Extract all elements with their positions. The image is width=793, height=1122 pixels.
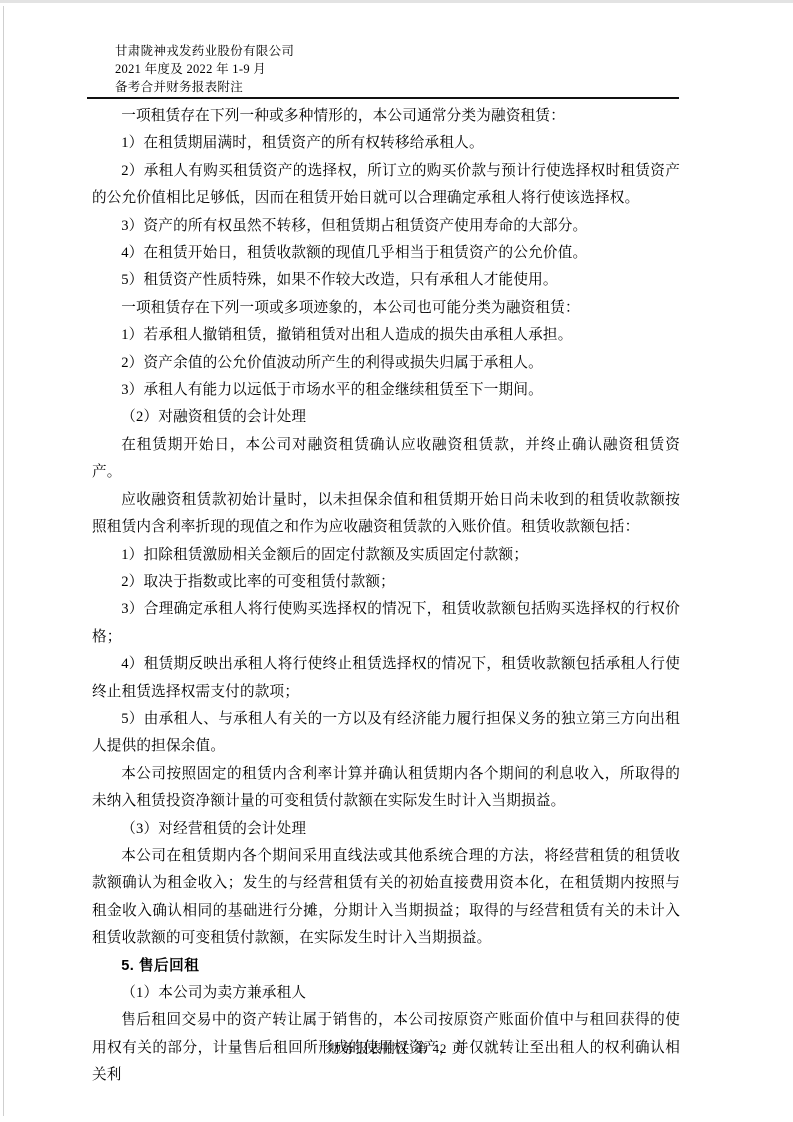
page-footer: 财务报表附注 第 42 页 xyxy=(0,1038,793,1057)
body-paragraph: 4）租赁期反映出承租人将行使终止租赁选择权的情况下，租赁收款额包括承租人行使终止… xyxy=(92,651,680,706)
body-paragraph: 1）扣除租赁激励相关金额后的固定付款额及实质固定付款额； xyxy=(92,542,680,569)
body-paragraph: 3）资产的所有权虽然不转移，但租赁期占租赁资产使用寿命的大部分。 xyxy=(92,213,680,240)
page-top-edge xyxy=(0,0,793,3)
body-paragraph: 应收融资租赁款初始计量时，以未担保余值和租赁期开始日尚未收到的租赁收款额按照租赁… xyxy=(92,487,680,542)
company-name: 甘肃陇神戎发药业股份有限公司 xyxy=(115,42,683,60)
body-paragraph: 本公司在租赁期内各个期间采用直线法或其他系统合理的方法，将经营租赁的租赁收款额确… xyxy=(92,843,680,953)
header-rule xyxy=(87,97,679,99)
body-paragraph: 2）取决于指数或比率的可变租赁付款额； xyxy=(92,569,680,596)
body-paragraph: 5）由承租人、与承租人有关的一方以及有经济能力履行担保义务的独立第三方向出租人提… xyxy=(92,706,680,761)
body-paragraph: 一项租赁存在下列一种或多种情形的，本公司通常分类为融资租赁： xyxy=(92,103,680,130)
document-page: 甘肃陇神戎发药业股份有限公司 2021 年度及 2022 年 1-9 月 备考合… xyxy=(0,0,793,1122)
body-paragraph: 2）资产余值的公允价值波动所产生的利得或损失归属于承租人。 xyxy=(92,350,680,377)
body-paragraph: 4）在租赁开始日，租赁收款额的现值几乎相当于租赁资产的公允价值。 xyxy=(92,240,680,267)
page-left-edge xyxy=(3,6,4,1116)
body-paragraph: 1）在租赁期届满时，租赁资产的所有权转移给承租人。 xyxy=(92,130,680,157)
document-body: 一项租赁存在下列一种或多种情形的，本公司通常分类为融资租赁： 1）在租赁期届满时… xyxy=(92,103,680,1090)
body-paragraph: （3）对经营租赁的会计处理 xyxy=(92,816,680,843)
section-heading-sale-leaseback: 5. 售后回租 xyxy=(92,953,680,980)
body-paragraph: 1）若承租人撤销租赁，撤销租赁对出租人造成的损失由承租人承担。 xyxy=(92,322,680,349)
body-paragraph: 3）合理确定承租人将行使购买选择权的情况下，租赁收款额包括购买选择权的行权价格； xyxy=(92,596,680,651)
body-paragraph: 本公司按照固定的租赁内含利率计算并确认租赁期内各个期间的利息收入，所取得的未纳入… xyxy=(92,761,680,816)
page-header: 甘肃陇神戎发药业股份有限公司 2021 年度及 2022 年 1-9 月 备考合… xyxy=(115,42,683,96)
body-paragraph: 5）租赁资产性质特殊，如果不作较大改造，只有承租人才能使用。 xyxy=(92,267,680,294)
report-period: 2021 年度及 2022 年 1-9 月 xyxy=(115,60,683,78)
body-paragraph: （2）对融资租赁的会计处理 xyxy=(92,404,680,431)
body-paragraph: 在租赁期开始日，本公司对融资租赁确认应收融资租赁款，并终止确认融资租赁资产。 xyxy=(92,432,680,487)
body-paragraph: 3）承租人有能力以远低于市场水平的租金继续租赁至下一期间。 xyxy=(92,377,680,404)
body-paragraph: 一项租赁存在下列一项或多项迹象的，本公司也可能分类为融资租赁： xyxy=(92,295,680,322)
document-title: 备考合并财务报表附注 xyxy=(115,78,683,96)
body-paragraph: （1）本公司为卖方兼承租人 xyxy=(92,980,680,1007)
body-paragraph: 2）承租人有购买租赁资产的选择权，所订立的购买价款与预计行使选择权时租赁资产的公… xyxy=(92,158,680,213)
